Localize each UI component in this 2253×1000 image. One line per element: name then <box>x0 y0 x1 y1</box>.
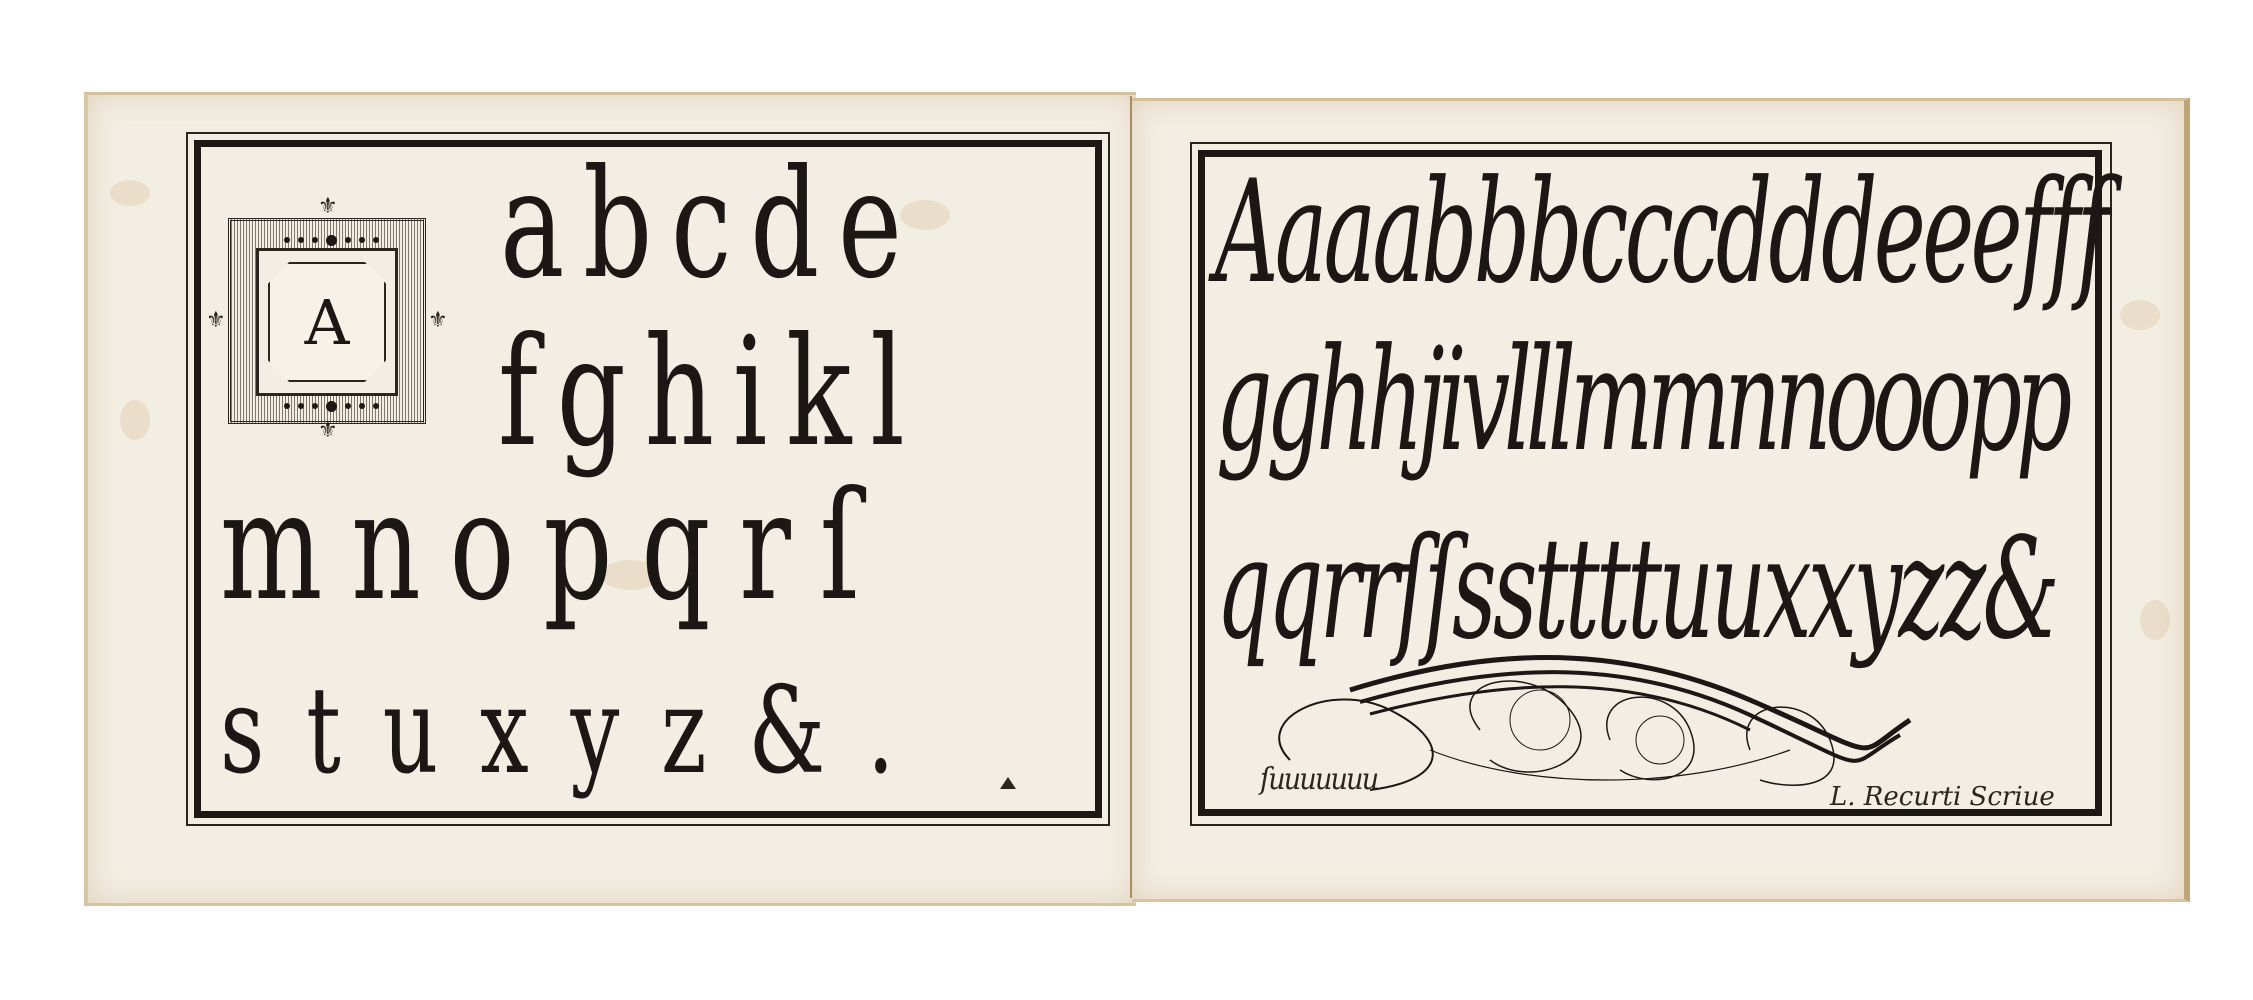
penmanship-exercise-strokes: ſuuuuuuu <box>1260 762 1377 797</box>
fleur-finial-icon: ⚜ <box>318 420 338 442</box>
foxing-stain <box>2140 600 2170 640</box>
foxing-stain <box>120 400 150 440</box>
roman-alphabet-row-2: fghikl <box>498 318 924 468</box>
fleur-finial-icon: ⚜ <box>318 196 338 218</box>
fleur-finial-icon: ⚜ <box>428 310 448 332</box>
initial-dot-row-top <box>284 236 379 244</box>
foxing-stain <box>110 180 150 206</box>
roman-alphabet-row-3: mnopqrſ <box>220 472 888 622</box>
foxing-stain <box>2120 300 2160 330</box>
roman-alphabet-row-1: abcde <box>500 150 921 300</box>
script-alphabet-row-2: gghhjivlllmmnnooopp <box>1216 330 2066 472</box>
open-copybook: A ⚜ ⚜ ⚜ ⚜ abcde fghikl mnopqrſ stuxyz&. … <box>0 0 2253 1000</box>
roman-alphabet-row-4: stuxyz&. <box>220 672 936 792</box>
book-gutter <box>1130 96 1132 898</box>
initial-letter: A <box>268 262 386 382</box>
script-alphabet-row-3: qqrrſſssttttuuxxyzz& <box>1216 520 2056 660</box>
decorated-initial: A ⚜ ⚜ ⚜ ⚜ <box>218 198 436 438</box>
initial-dot-row-bottom <box>284 402 379 410</box>
fleur-finial-icon: ⚜ <box>206 310 226 332</box>
script-alphabet-row-1: Aaaabbbcccdddeeefff <box>1215 162 2106 304</box>
engraver-signature: L. Recurti Scriue <box>1830 782 2055 812</box>
triangle-mark-icon <box>1000 777 1016 789</box>
